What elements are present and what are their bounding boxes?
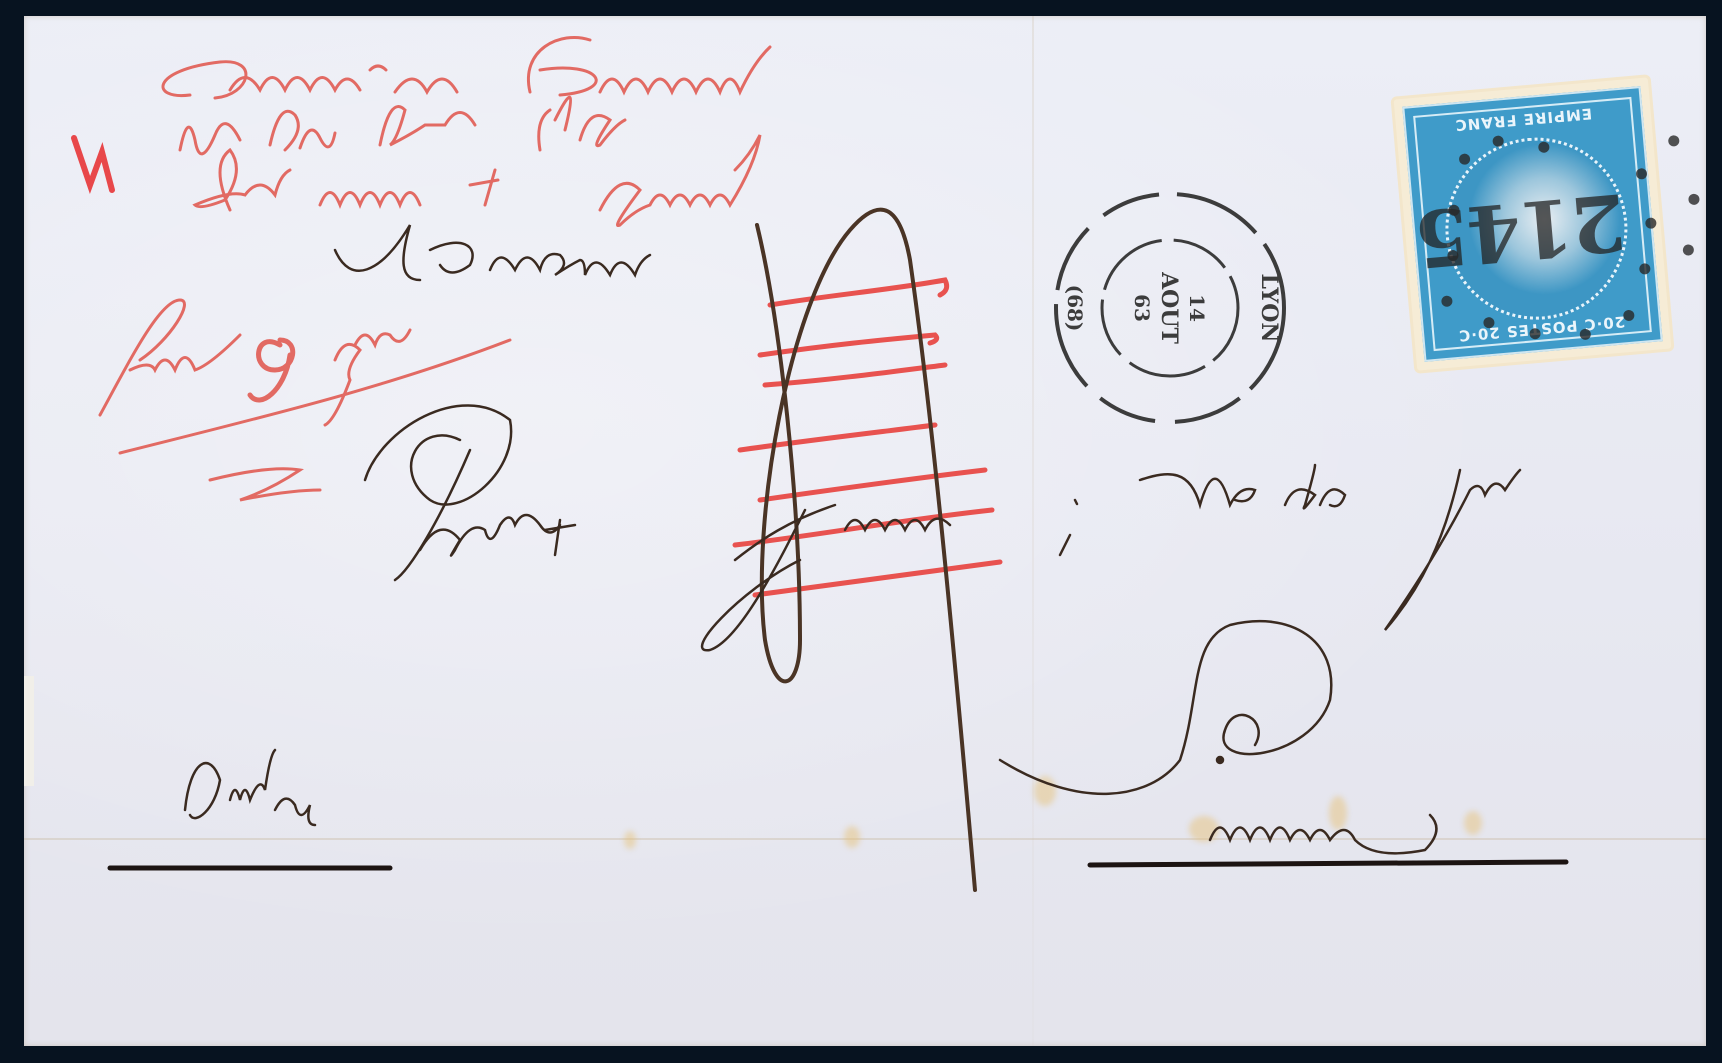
postmark-day: 14 bbox=[1185, 294, 1209, 322]
red-fee-note bbox=[100, 300, 510, 500]
postmark-dept-code: (68) bbox=[1063, 285, 1087, 332]
postmark-year: 63 bbox=[1130, 294, 1154, 322]
address-ink bbox=[185, 225, 1520, 853]
postmark-lyon: LYON 14 AOUT 63 (68) bbox=[1050, 188, 1290, 428]
red-retour-annotation bbox=[163, 37, 770, 225]
postage-stamp: EMPIRE FRANC 20·C POSTES 20·C 2145 bbox=[1394, 77, 1672, 370]
postage-due-mark bbox=[757, 210, 975, 890]
cancel-dot bbox=[1645, 217, 1657, 229]
address-underlines bbox=[110, 862, 1566, 868]
postmark-city: LYON bbox=[1256, 273, 1282, 342]
cancel-number: 2145 bbox=[1442, 175, 1629, 281]
postmark-month: AOUT bbox=[1156, 271, 1182, 344]
red-number-mark bbox=[74, 138, 112, 190]
